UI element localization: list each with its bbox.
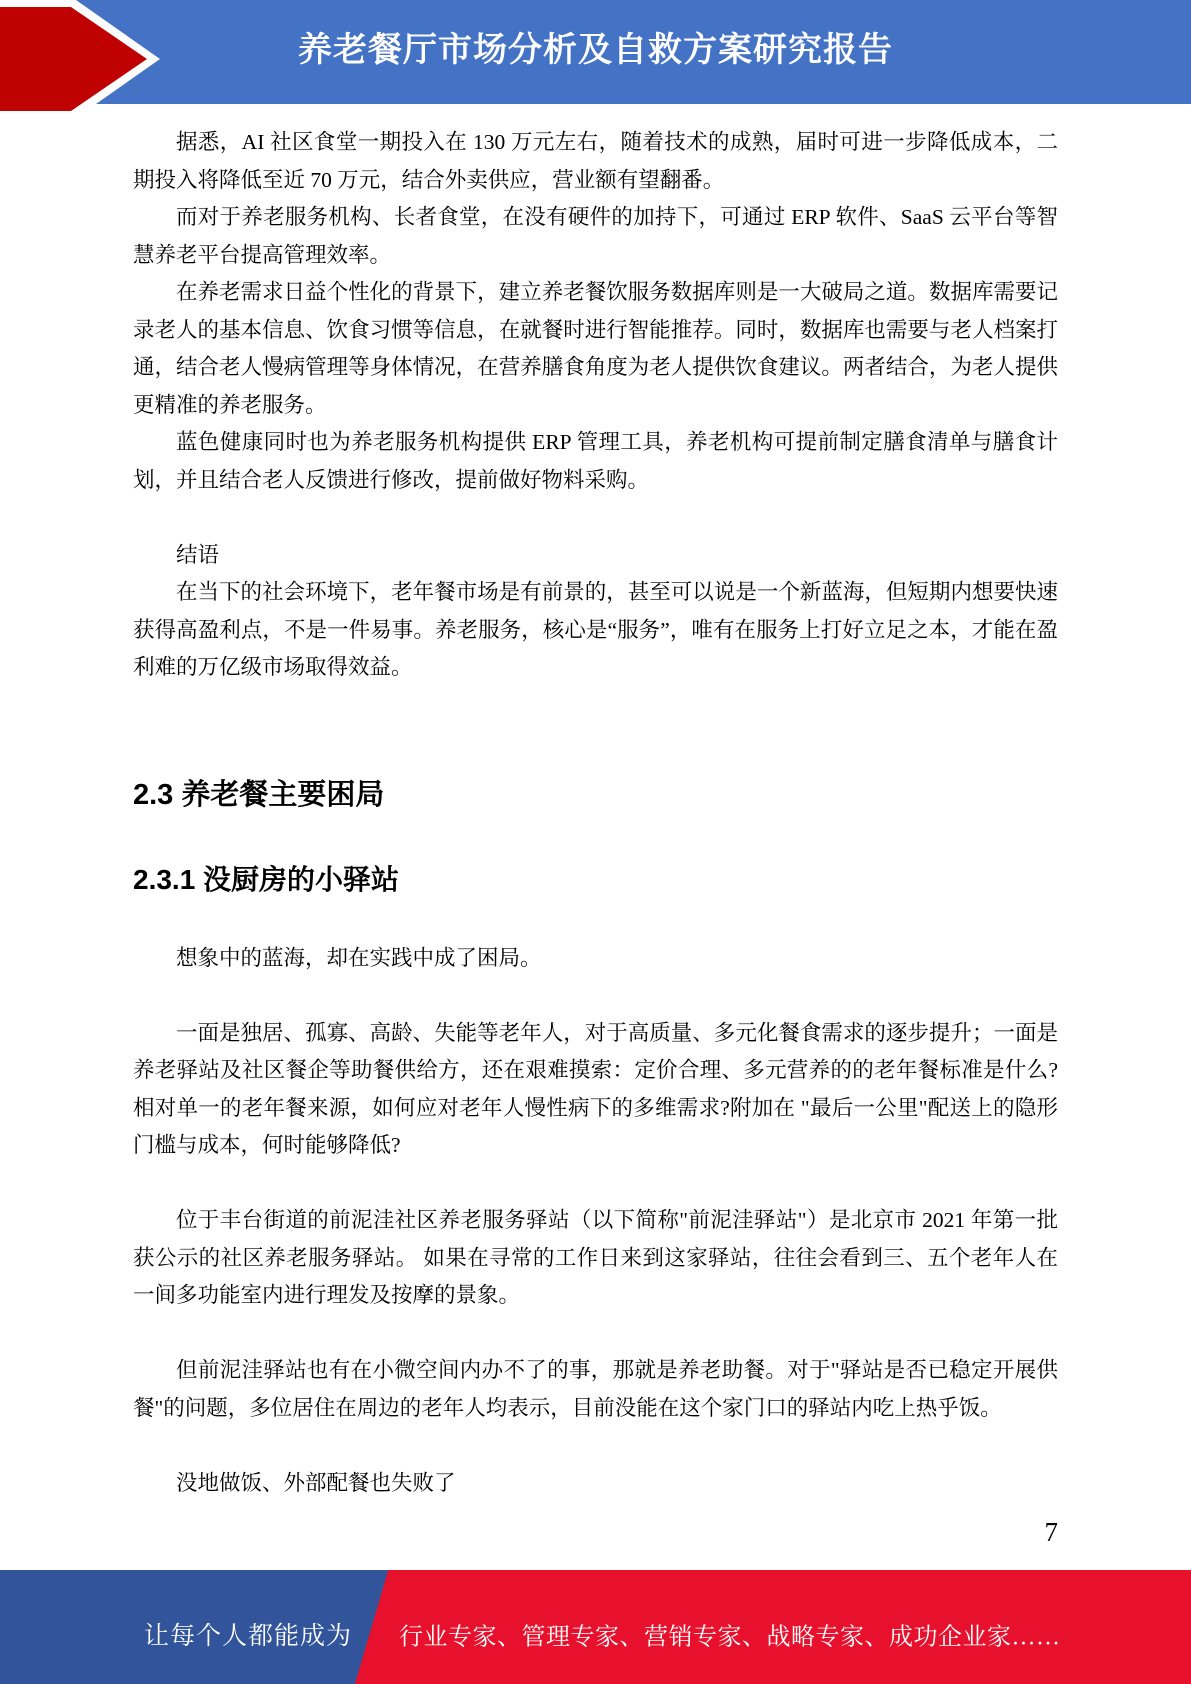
body-paragraph: 一面是独居、孤寡、高龄、失能等老年人，对于高质量、多元化餐食需求的逐步提升；一面… bbox=[133, 1015, 1058, 1165]
body-paragraph: 蓝色健康同时也为养老服务机构提供 ERP 管理工具，养老机构可提前制定膳食清单与… bbox=[133, 424, 1058, 499]
document-body: 据悉，AI 社区食堂一期投入在 130 万元左右，随着技术的成熟，届时可进一步降… bbox=[0, 104, 1191, 1551]
document-page: 养老餐厅市场分析及自救方案研究报告 据悉，AI 社区食堂一期投入在 130 万元… bbox=[0, 0, 1191, 1684]
body-paragraph: 想象中的蓝海，却在实践中成了困局。 bbox=[133, 940, 1058, 978]
body-paragraph: 在养老需求日益个性化的背景下，建立养老餐饮服务数据库则是一大破局之道。数据库需要… bbox=[133, 274, 1058, 424]
page-number: 7 bbox=[133, 1514, 1058, 1551]
subsection-heading: 2.3.1 没厨房的小驿站 bbox=[133, 860, 1058, 900]
section-heading: 2.3 养老餐主要困局 bbox=[133, 775, 1058, 815]
body-paragraph: 而对于养老服务机构、长者食堂，在没有硬件的加持下，可通过 ERP 软件、SaaS… bbox=[133, 199, 1058, 274]
body-paragraph: 在当下的社会环境下，老年餐市场是有前景的，甚至可以说是一个新蓝海，但短期内想要快… bbox=[133, 574, 1058, 687]
page-footer: 让每个人都能成为 行业专家、管理专家、营销专家、战略专家、成功企业家…… bbox=[0, 1570, 1191, 1684]
report-header: 养老餐厅市场分析及自救方案研究报告 bbox=[0, 0, 1191, 104]
body-paragraph: 但前泥洼驿站也有在小微空间内办不了的事，那就是养老助餐。对于"驿站是否已稳定开展… bbox=[133, 1352, 1058, 1427]
footer-slogan-right: 行业专家、管理专家、营销专家、战略专家、成功企业家…… bbox=[399, 1617, 1061, 1652]
body-paragraph: 没地做饭、外部配餐也失败了 bbox=[133, 1465, 1058, 1503]
body-paragraph: 据悉，AI 社区食堂一期投入在 130 万元左右，随着技术的成熟，届时可进一步降… bbox=[133, 124, 1058, 199]
conclusion-label: 结语 bbox=[133, 537, 1058, 575]
report-title: 养老餐厅市场分析及自救方案研究报告 bbox=[0, 29, 1191, 71]
body-paragraph: 位于丰台街道的前泥洼社区养老服务驿站（以下简称"前泥洼驿站"）是北京市 2021… bbox=[133, 1202, 1058, 1315]
footer-slogan-left: 让每个人都能成为 bbox=[0, 1616, 352, 1652]
